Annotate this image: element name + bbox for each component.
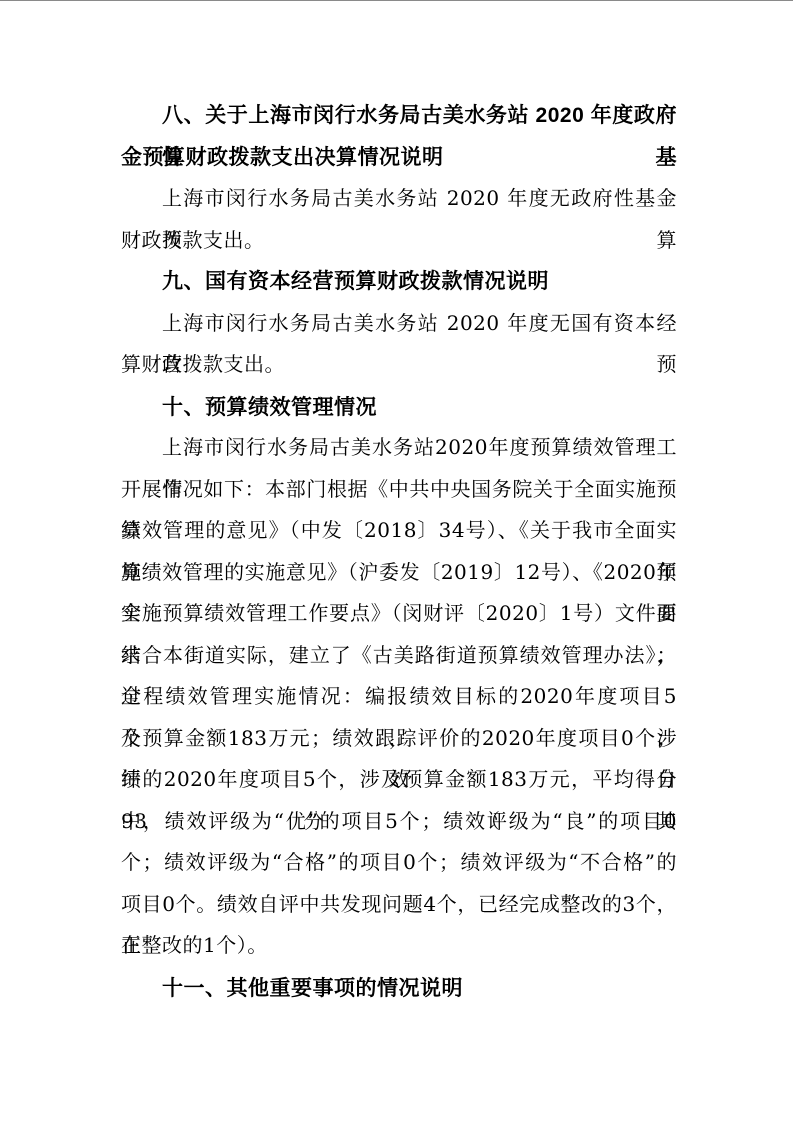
body-text-line: 在整改的1个）。 xyxy=(121,925,677,967)
body-text-line: 个；绩效评级为“合格”的项目0个；绩效评级为“不合格”的 xyxy=(121,842,677,884)
body-text-line: 及预算金额183万元；绩效跟踪评价的2020年度项目0个；绩效自 xyxy=(121,718,677,760)
heading-text-line: 十、预算绩效管理情况 xyxy=(121,386,677,428)
heading-text-line: 九、国有资本经营预算财政拨款情况说明 xyxy=(121,261,677,303)
body-text-line: 过程绩效管理实施情况：编报绩效目标的2020年度项目5个，涉 xyxy=(121,676,677,718)
heading-text-line: 八、关于上海市闵行水务局古美水务站 2020 年度政府性基 xyxy=(121,95,677,137)
document-page: 八、关于上海市闵行水务局古美水务站 2020 年度政府性基金预算财政拨款支出决算… xyxy=(0,0,793,1122)
body-text-line: 算绩效管理的实施意见》（沪委发〔2019〕12号）、《2020年全面 xyxy=(121,552,677,594)
body-text-line: 实施预算绩效管理工作要点》（闵财评〔2020〕1号）文件要求， xyxy=(121,593,677,635)
body-text-line: 开展情况如下：本部门根据《中共中央国务院关于全面实施预算 xyxy=(121,469,677,511)
section-heading: 九、国有资本经营预算财政拨款情况说明 xyxy=(121,261,677,303)
body-text-line: 绩效管理的意见》（中发〔2018〕34号）、《关于我市全面实施预 xyxy=(121,510,677,552)
section-heading: 八、关于上海市闵行水务局古美水务站 2020 年度政府性基金预算财政拨款支出决算… xyxy=(121,95,677,178)
body-text-line: 上海市闵行水务局古美水务站2020年度预算绩效管理工作 xyxy=(121,427,677,469)
body-text-line: 上海市闵行水务局古美水务站 2020 年度无国有资本经营预 xyxy=(121,303,677,345)
body-text-line: 评的2020年度项目5个，涉及预算金额183万元，平均得分93分（其 xyxy=(121,759,677,801)
body-text-line: 上海市闵行水务局古美水务站 2020 年度无政府性基金预算 xyxy=(121,178,677,220)
document-content: 八、关于上海市闵行水务局古美水务站 2020 年度政府性基金预算财政拨款支出决算… xyxy=(121,95,677,1008)
section-heading: 十一、其他重要事项的情况说明 xyxy=(121,967,677,1009)
heading-text-line: 十一、其他重要事项的情况说明 xyxy=(121,967,677,1009)
body-paragraph: 上海市闵行水务局古美水务站2020年度预算绩效管理工作开展情况如下：本部门根据《… xyxy=(121,427,677,967)
body-paragraph: 上海市闵行水务局古美水务站 2020 年度无国有资本经营预算财政拨款支出。 xyxy=(121,303,677,386)
body-text-line: 项目0个。绩效自评中共发现问题4个，已经完成整改的3个，正 xyxy=(121,884,677,926)
body-paragraph: 上海市闵行水务局古美水务站 2020 年度无政府性基金预算财政拨款支出。 xyxy=(121,178,677,261)
body-text-line: 结合本街道实际，建立了《古美路街道预算绩效管理办法》；全 xyxy=(121,635,677,677)
body-text-line: 中，绩效评级为“优”的项目5个；绩效评级为“良”的项目0 xyxy=(121,801,677,843)
section-heading: 十、预算绩效管理情况 xyxy=(121,386,677,428)
